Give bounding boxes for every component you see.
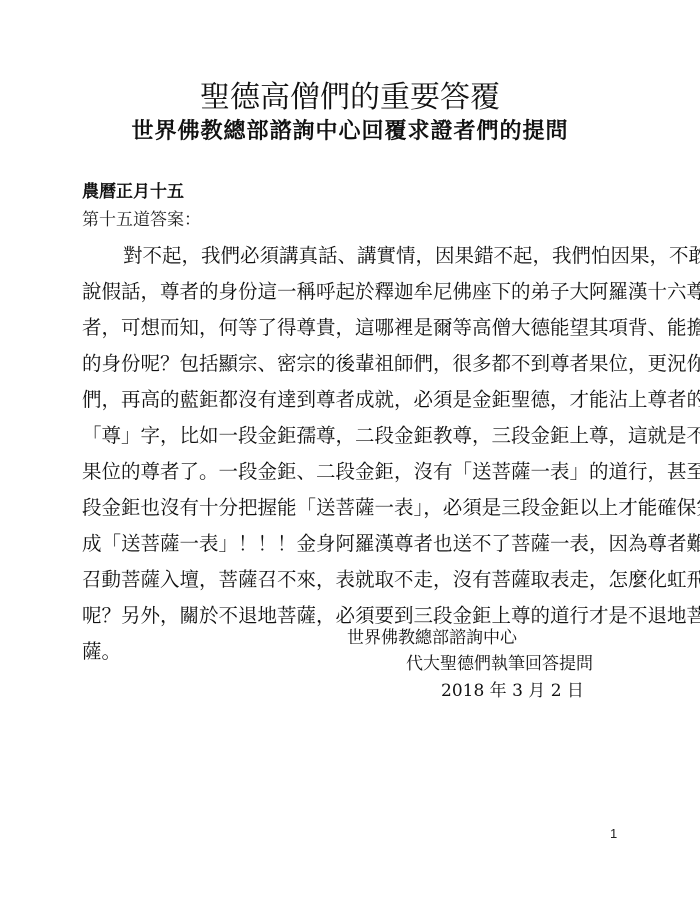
body-line: 的身份呢？包括顯宗、密宗的後輩祖師們，很多都不到尊者果位，更況你: [82, 346, 614, 382]
page-number: 1: [610, 826, 617, 841]
body-line: 果位的尊者了。一段金鉅、二段金鉅，沒有「送菩薩一表」的道行，甚至三: [82, 454, 614, 490]
body-line: 說假話，尊者的身份這一稱呼起於釋迦牟尼佛座下的弟子大阿羅漢十六尊: [82, 274, 614, 310]
body-line: 者，可想而知，何等了得尊貴，這哪裡是爾等高僧大德能望其項背、能擔當: [82, 310, 614, 346]
answer-body: 對不起，我們必須講真話、講實情，因果錯不起，我們怕因果，不敢 說假話，尊者的身份…: [82, 238, 614, 670]
body-line: 對不起，我們必須講真話、講實情，因果錯不起，我們怕因果，不敢: [82, 238, 614, 274]
body-line: 們，再高的藍鉅都沒有達到尊者成就，必須是金鉅聖德，才能沾上尊者的: [82, 382, 614, 418]
lunar-date-heading: 農曆正月十五: [82, 180, 184, 204]
document-page: 聖德高僧們的重要答覆 世界佛教總部諮詢中心回覆求證者們的提問 農曆正月十五 第十…: [0, 0, 700, 906]
document-title: 聖德高僧們的重要答覆: [0, 80, 700, 116]
body-line: 成「送菩薩一表」！！！金身阿羅漢尊者也送不了菩薩一表，因為尊者難以: [82, 526, 614, 562]
question-label: 第十五道答案：: [82, 208, 201, 232]
signature-date: 2018 年 3 月 2 日: [441, 679, 584, 703]
document-subtitle: 世界佛教總部諮詢中心回覆求證者們的提問: [0, 116, 700, 146]
body-line: 「尊」字，比如一段金鉅孺尊，二段金鉅教尊，三段金鉅上尊，這就是不同: [82, 418, 614, 454]
body-line: 召動菩薩入壇，菩薩召不來，表就取不走，沒有菩薩取表走，怎麼化虹飛蹤: [82, 562, 614, 598]
body-line: 段金鉅也沒有十分把握能「送菩薩一表」，必須是三段金鉅以上才能確保完: [82, 490, 614, 526]
signature-organization: 世界佛教總部諮詢中心: [347, 626, 517, 650]
signature-author: 代大聖德們執筆回答提問: [406, 652, 593, 676]
